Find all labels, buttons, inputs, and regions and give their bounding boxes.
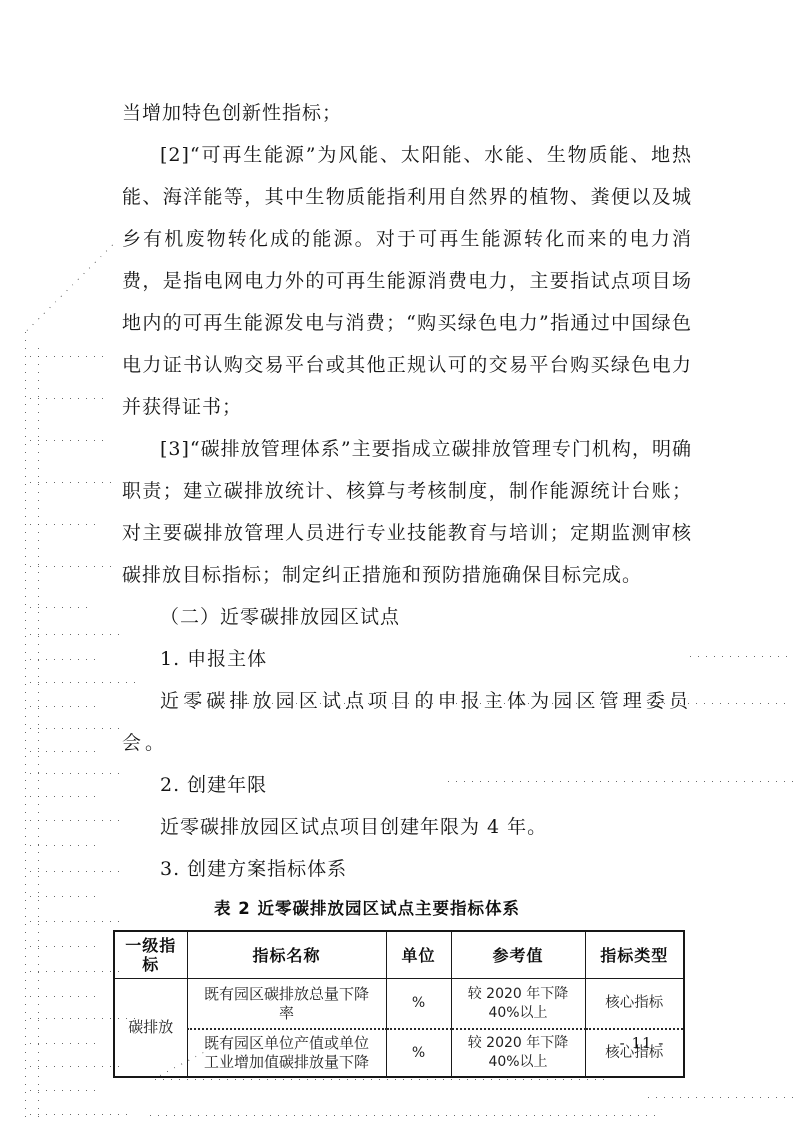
subsection-heading: 3. 创建方案指标体系 (122, 848, 692, 890)
table-header-cell: 单位 (386, 931, 451, 979)
table-header-cell: 指标类型 (585, 931, 684, 979)
body-paragraph: 近零碳排放园区试点项目的申报主体为园区管理委员会。 (122, 680, 692, 764)
unit-cell: % (386, 1029, 451, 1077)
category-cell: 碳排放 (114, 979, 187, 1078)
document-page: 当增加特色创新性指标； [2]“可再生能源”为风能、太阳能、水能、生物质能、地热… (0, 0, 794, 1123)
subsection-heading: 1. 申报主体 (122, 638, 692, 680)
subsection-heading: 2. 创建年限 (122, 764, 692, 806)
table-header-cell: 一级指标 (114, 931, 187, 979)
reference-cell: 较 2020 年下降 40%以上 (451, 979, 585, 1030)
indicator-name-cell: 既有园区单位产值或单位工业增加值碳排放量下降 (187, 1029, 386, 1077)
table-header-cell: 指标名称 (187, 931, 386, 979)
table-header-row: 一级指标 指标名称 单位 参考值 指标类型 (114, 931, 684, 979)
page-number: - 11 - (607, 1034, 677, 1052)
unit-cell: % (386, 979, 451, 1030)
indicator-type-cell: 核心指标 (585, 979, 684, 1030)
reference-cell: 较 2020 年下降 40%以上 (451, 1029, 585, 1077)
indicator-table: 一级指标 指标名称 单位 参考值 指标类型 碳排放 既有园区碳排放总量下降率 %… (113, 930, 685, 1078)
table-row: 既有园区单位产值或单位工业增加值碳排放量下降 % 较 2020 年下降 40%以… (114, 1029, 684, 1077)
document-content: 当增加特色创新性指标； [2]“可再生能源”为风能、太阳能、水能、生物质能、地热… (122, 92, 692, 1078)
body-paragraph: [3]“碳排放管理体系”主要指成立碳排放管理专门机构，明确职责；建立碳排放统计、… (122, 428, 692, 596)
body-paragraph: 当增加特色创新性指标； (122, 92, 692, 134)
body-paragraph: 近零碳排放园区试点项目创建年限为 4 年。 (122, 806, 692, 848)
section-heading: （二）近零碳排放园区试点 (122, 596, 692, 638)
body-paragraph: [2]“可再生能源”为风能、太阳能、水能、生物质能、地热能、海洋能等，其中生物质… (122, 134, 692, 428)
table-header-cell: 参考值 (451, 931, 585, 979)
indicator-name-cell: 既有园区碳排放总量下降率 (187, 979, 386, 1030)
table-caption: 表 2 近零碳排放园区试点主要指标体系 (122, 896, 692, 922)
table-row: 碳排放 既有园区碳排放总量下降率 % 较 2020 年下降 40%以上 核心指标 (114, 979, 684, 1030)
